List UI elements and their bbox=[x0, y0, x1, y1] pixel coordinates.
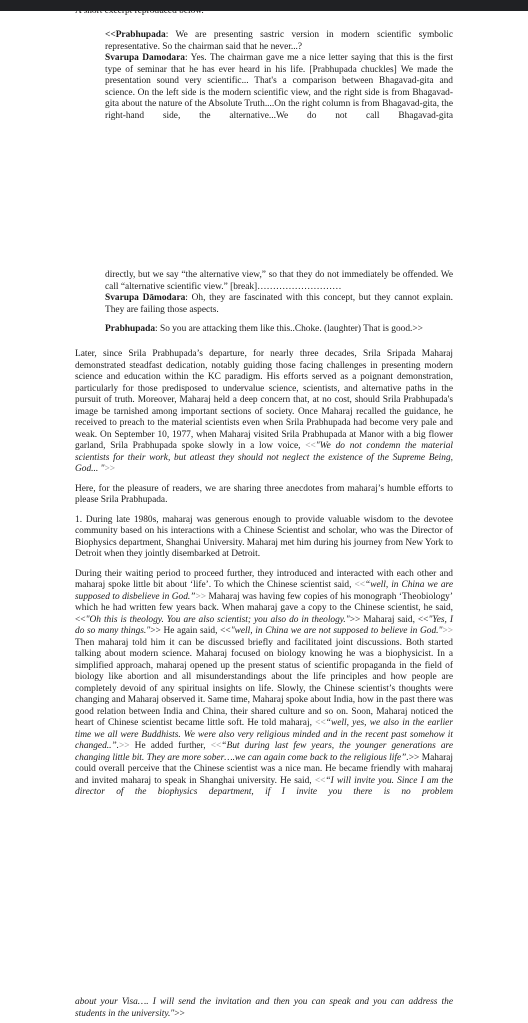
dialogue-line-prabhupada: Prabhupada: So you are attacking them li… bbox=[105, 324, 453, 336]
dialogue-quote-top: <<Prabhupada: We are presenting sastric … bbox=[105, 30, 453, 122]
paragraph-continuation: about your Visa…. I will send the invita… bbox=[75, 997, 453, 1020]
body-paragraphs: Later, since Srila Prabhupada’s departur… bbox=[75, 349, 453, 799]
dialogue-line-prabhupada: <<Prabhupada: We are presenting sastric … bbox=[105, 30, 453, 53]
page-continuation: about your Visa…. I will send the invita… bbox=[75, 997, 453, 1020]
speaker-name: Svarupa Dāmodara bbox=[105, 293, 185, 303]
speaker-name: Svarupa Damodara bbox=[105, 53, 185, 63]
dialogue-text: : So you are attacking them like this..C… bbox=[155, 324, 423, 334]
dialogue-text: : Yes. The chairman gave me a nice lette… bbox=[105, 53, 453, 121]
speaker-open: << bbox=[105, 30, 116, 40]
quote-close-mark: >> bbox=[104, 464, 115, 474]
viewer-toolbar bbox=[0, 0, 528, 11]
dialogue-quote-bottom: directly, but we say “the alternative vi… bbox=[105, 270, 453, 336]
paragraph-intro-anecdotes: Here, for the pleasure of readers, we ar… bbox=[75, 484, 453, 507]
speaker-name: Prabhupada bbox=[116, 30, 166, 40]
quote-open-mark: << bbox=[305, 441, 316, 451]
dialogue-line-svarupa: Svarupa Damodara: Yes. The chairman gave… bbox=[105, 53, 453, 122]
speaker-name: Prabhupada bbox=[105, 324, 155, 334]
paragraph-legacy: Later, since Srila Prabhupada’s departur… bbox=[75, 349, 453, 476]
paragraph-anecdote-1: 1. During late 1980s, maharaj was genero… bbox=[75, 515, 453, 561]
paragraph-anecdote-1-detail: During their waiting period to proceed f… bbox=[75, 569, 453, 799]
dialogue-continuation: directly, but we say “the alternative vi… bbox=[105, 270, 453, 293]
dialogue-line-svarupa: Svarupa Dāmodara: Oh, they are fascinate… bbox=[105, 293, 453, 316]
